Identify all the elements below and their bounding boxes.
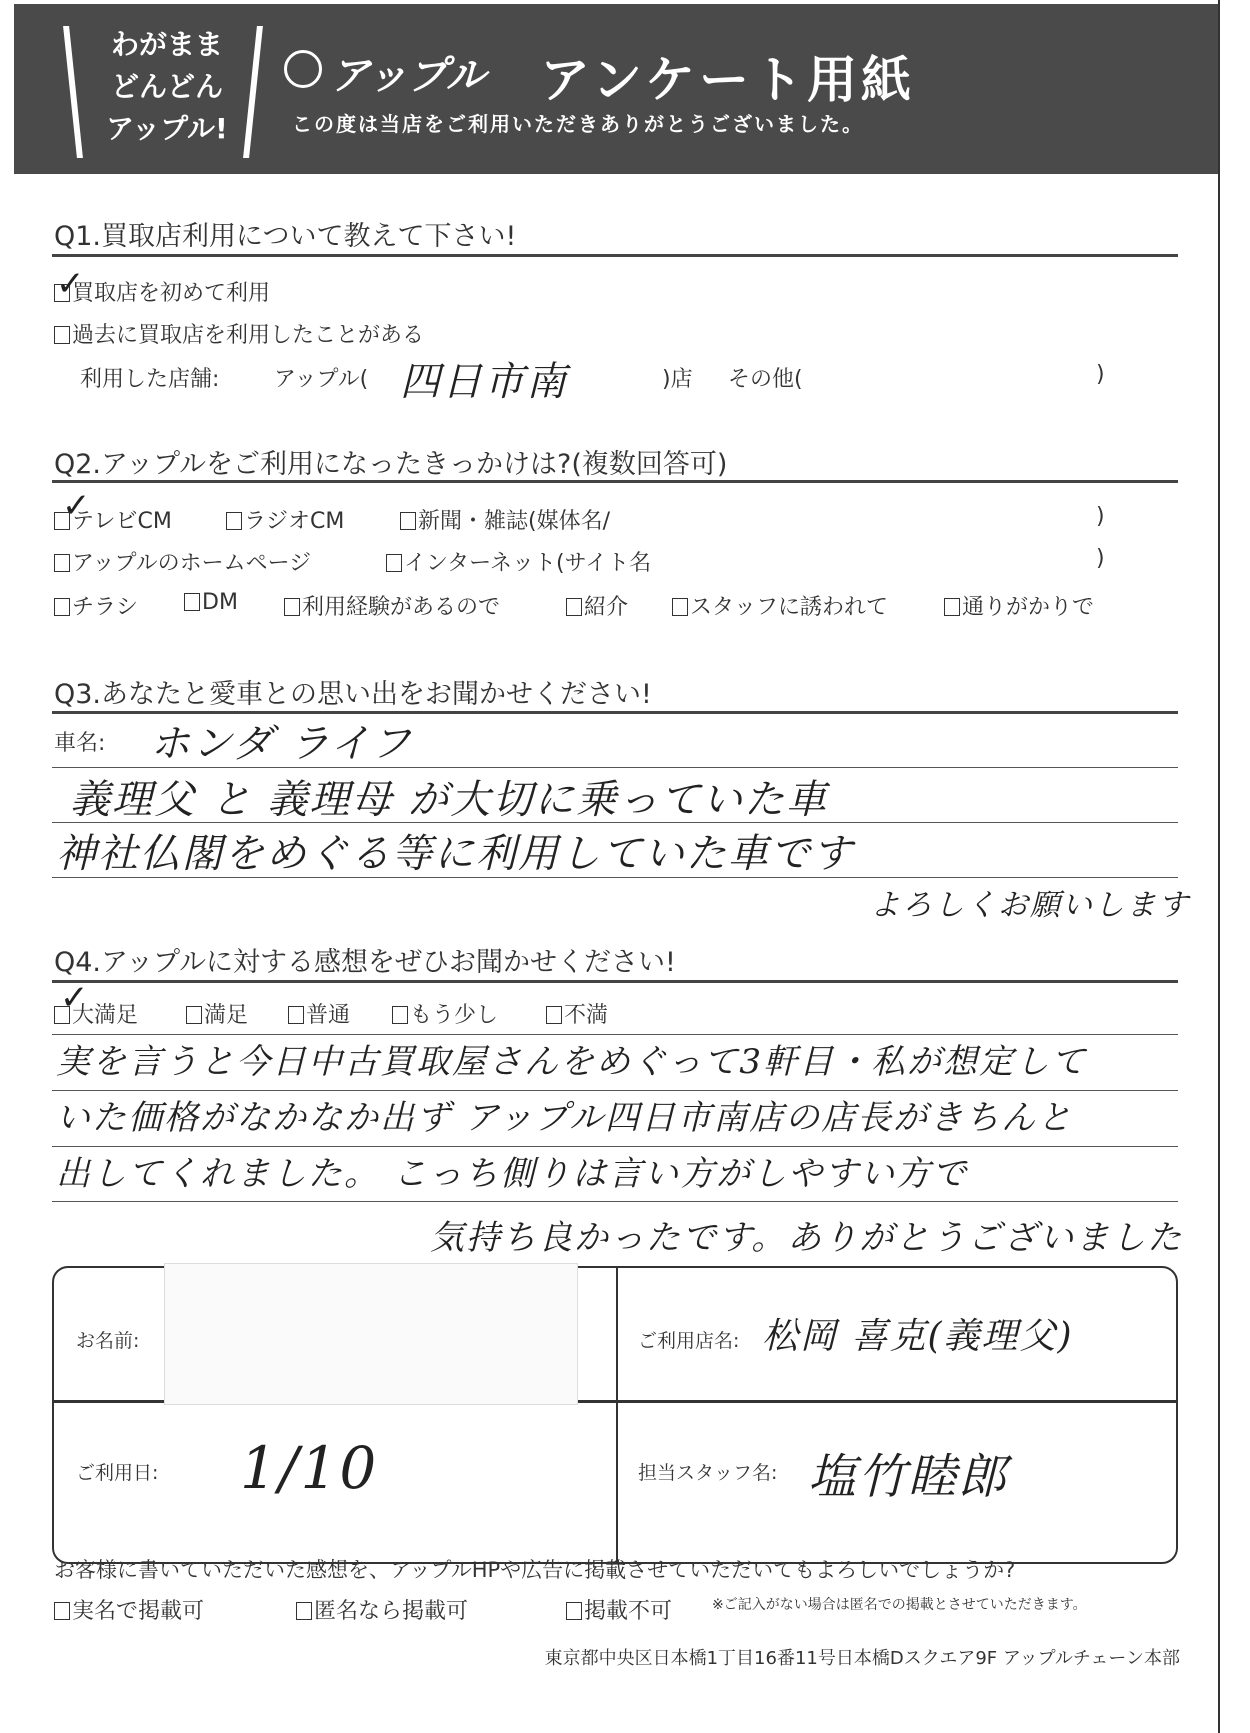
q2-title: Q2.アップルをご利用になったきっかけは?(複数回答可): [54, 442, 727, 481]
slogan-bar-right: [243, 26, 263, 158]
consent-option-anonymous[interactable]: 匿名なら掲載可: [296, 1594, 468, 1625]
q4-comment-line[interactable]: 出してくれました。 こっち側りは言い方がしやすい方で: [56, 1146, 968, 1195]
q2-option-passing-by[interactable]: 通りがかりで: [944, 590, 1094, 621]
q4-option-dissatisfied[interactable]: 不満: [546, 998, 608, 1029]
slogan-line: アップル!: [92, 108, 242, 150]
store-name-label: ご利用店名:: [638, 1326, 739, 1353]
consent-note: ※ご記入がない場合は匿名での掲載とさせていただきます。: [712, 1594, 1087, 1614]
checkbox[interactable]: [672, 598, 688, 616]
checkbox[interactable]: [566, 598, 582, 616]
apple-logo-icon: [284, 50, 322, 88]
checkbox[interactable]: [54, 598, 70, 616]
q1-title: Q1.買取店利用について教えて下さい!: [54, 214, 516, 253]
q4-comment-line[interactable]: 気持ち良かったです。ありがとうございました: [430, 1210, 1183, 1259]
q2-newspaper-close: ): [1096, 504, 1105, 529]
checkbox[interactable]: [54, 554, 70, 572]
q2-rule: [52, 480, 1178, 483]
slogan-line: わがまま: [92, 24, 242, 66]
q2-option-internet[interactable]: インターネット(サイト名: [386, 546, 651, 577]
q1-store-label: 利用した店舗:: [80, 362, 219, 393]
name-label: お名前:: [76, 1326, 139, 1353]
slogan: わがまま どんどん アップル!: [70, 18, 256, 158]
q2-option-newspaper[interactable]: 新聞・雑誌(媒体名/: [400, 504, 610, 535]
q2-option-referral[interactable]: 紹介: [566, 590, 628, 621]
q1-apple-store-input[interactable]: 四日市南: [400, 350, 568, 407]
checkbox[interactable]: [400, 512, 416, 530]
checkbox[interactable]: [546, 1006, 562, 1024]
q3-title: Q3.あなたと愛車との思い出をお聞かせください!: [54, 672, 652, 711]
check-mark-icon: ✓: [56, 264, 85, 304]
q1-rule: [52, 254, 1178, 257]
q2-option-flyer[interactable]: チラシ: [54, 590, 138, 621]
date-label: ご利用日:: [76, 1458, 158, 1485]
slogan-line: どんどん: [92, 66, 242, 108]
consent-option-not-allowed[interactable]: 掲載不可: [566, 1594, 672, 1625]
checkbox[interactable]: [296, 1602, 312, 1620]
q2-internet-close: ): [1096, 546, 1105, 571]
q1-other-label: その他(: [728, 362, 803, 393]
header-banner: わがまま どんどん アップル! アップル アンケート用紙 この度は当店をご利用い…: [14, 4, 1218, 174]
checkbox[interactable]: [54, 1006, 70, 1024]
q4-line: [52, 1201, 1178, 1202]
q2-option-staff-invite[interactable]: スタッフに誘われて: [672, 590, 888, 621]
q4-title: Q4.アップルに対する感想をぜひお聞かせください!: [54, 940, 676, 979]
staff-name-label: 担当スタッフ名:: [638, 1458, 777, 1485]
checkbox[interactable]: [54, 512, 70, 530]
q2-option-homepage[interactable]: アップルのホームページ: [54, 546, 311, 577]
q3-memory-line[interactable]: よろしくお願いします: [870, 880, 1190, 924]
checkbox[interactable]: [54, 326, 70, 344]
checkbox[interactable]: [288, 1006, 304, 1024]
page-subtitle: この度は当店をご利用いただきありがとうございました。: [292, 108, 864, 137]
footer-address: 東京都中央区日本橋1丁目16番11号日本橋Dスクエア9F アップルチェーン本部: [545, 1644, 1180, 1670]
q4-option-a-little-more[interactable]: もう少し: [392, 998, 498, 1029]
checkbox[interactable]: [54, 1602, 70, 1620]
staff-name-input[interactable]: 塩竹睦郎: [808, 1438, 1008, 1507]
scan-edge: [1218, 0, 1250, 1733]
store-name-input[interactable]: 松岡 喜克(義理父): [762, 1308, 1074, 1359]
q1-other-input[interactable]: ): [1096, 362, 1105, 387]
q2-option-radio-cm[interactable]: ラジオCM: [226, 504, 344, 535]
q3-car-label: 車名:: [54, 726, 105, 757]
checkbox[interactable]: [184, 593, 200, 611]
checkbox[interactable]: [386, 554, 402, 572]
q4-option-very-satisfied[interactable]: 大満足: [54, 998, 138, 1029]
q2-option-experience[interactable]: 利用経験があるので: [284, 590, 500, 621]
q3-line: [52, 877, 1178, 878]
checkbox[interactable]: [284, 598, 300, 616]
checkbox[interactable]: [944, 598, 960, 616]
info-divider-vertical: [616, 1268, 618, 1562]
checkbox[interactable]: [566, 1602, 582, 1620]
q4-comment-line[interactable]: いた価格がなかなか出ず アップル四日市南店の店長がきちんと: [56, 1090, 1073, 1139]
consent-question: お客様に書いていただいた感想を、アップルHPや広告に掲載させていただいてもよろし…: [54, 1554, 1015, 1584]
q3-car-name-input[interactable]: ホンダ ライフ: [150, 712, 413, 769]
date-input[interactable]: 1/10: [240, 1434, 378, 1502]
checkbox[interactable]: [226, 512, 242, 530]
q4-option-satisfied[interactable]: 満足: [186, 998, 248, 1029]
q1-option-used-before[interactable]: 過去に買取店を利用したことがある: [54, 318, 424, 349]
slogan-bar-left: [63, 26, 83, 158]
q1-store-suffix: )店: [662, 362, 693, 393]
q4-rule: [52, 980, 1178, 983]
q2-option-dm[interactable]: DM: [184, 590, 238, 615]
q4-option-normal[interactable]: 普通: [288, 998, 350, 1029]
q4-comment-line[interactable]: 実を言うと今日中古買取屋さんをめぐって3軒目・私が想定して: [56, 1034, 1087, 1083]
redacted-name-field[interactable]: [164, 1263, 578, 1405]
page-title: アンケート用紙: [540, 40, 915, 112]
consent-option-real-name[interactable]: 実名で掲載可: [54, 1594, 204, 1625]
q1-apple-label: アップル(: [274, 362, 368, 393]
q3-memory-line[interactable]: 神社仏閣をめぐる等に利用していた車です: [56, 822, 854, 879]
logo-text: アップル: [330, 44, 486, 101]
q2-option-tv-cm[interactable]: テレビCM: [54, 504, 172, 535]
q3-memory-line[interactable]: 義理父 と 義理母 が大切に乗っていた車: [70, 768, 828, 825]
q1-option-first-time[interactable]: 買取店を初めて利用: [54, 276, 270, 307]
checkbox[interactable]: [186, 1006, 202, 1024]
checkbox[interactable]: [392, 1006, 408, 1024]
